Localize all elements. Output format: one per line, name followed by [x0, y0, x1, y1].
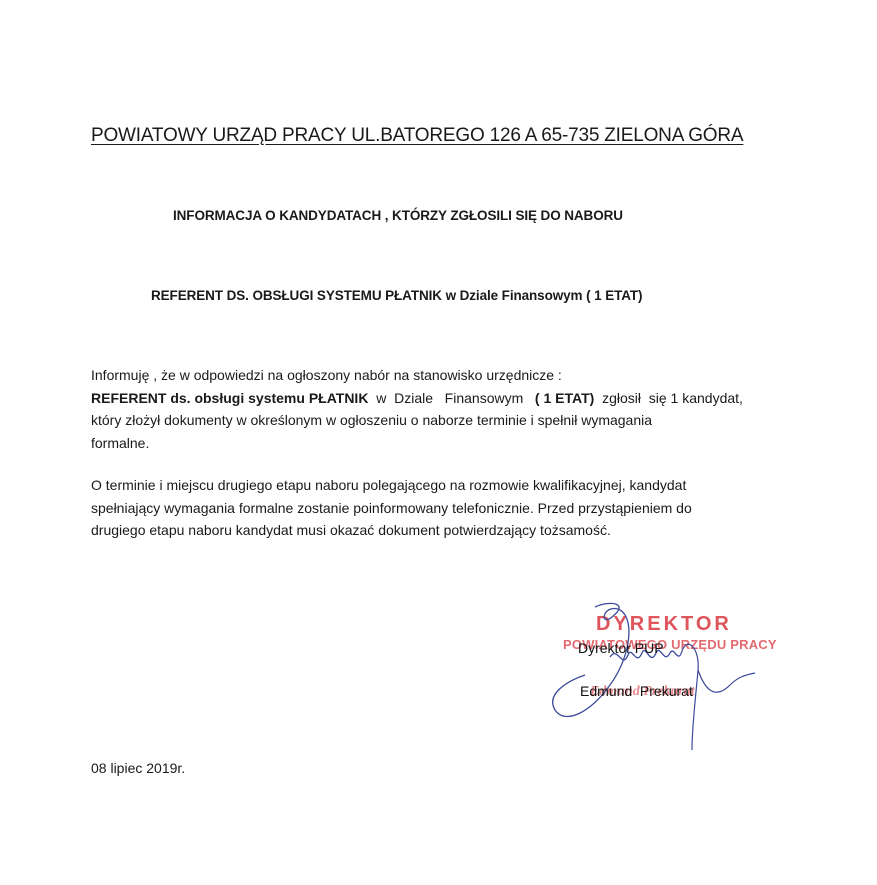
etat-bold: ( 1 ETAT): [531, 390, 594, 406]
document-title: INFORMACJA O KANDYDATACH , KTÓRZY ZGŁOSI…: [173, 208, 623, 223]
organization-header: POWIATOWY URZĄD PRACY UL.BATOREGO 126 A …: [91, 125, 743, 147]
signatory-title: Dyrektor PUP: [578, 640, 664, 656]
paragraph-next-stage: O terminie i miejscu drugiego etapu nabo…: [91, 474, 791, 542]
paragraph-line: drugiego etapu naboru kandydat musi okaz…: [91, 519, 791, 542]
paragraph-line: formalne.: [91, 432, 791, 455]
paragraph-line: O terminie i miejscu drugiego etapu nabo…: [91, 474, 791, 497]
paragraph-candidates: Informuję , że w odpowiedzi na ogłoszony…: [91, 364, 791, 454]
position-name-bold: REFERENT ds. obsługi systemu PŁATNIK: [91, 390, 368, 406]
signatory-name: Edmund Prekurat: [580, 683, 693, 699]
candidate-count-text: zgłosił się 1 kandydat,: [594, 390, 743, 406]
position-title: REFERENT DS. OBSŁUGI SYSTEMU PŁATNIK w D…: [151, 288, 642, 303]
department-text: w Dziale Finansowym: [368, 390, 531, 406]
paragraph-line: który złożył dokumenty w określonym w og…: [91, 409, 791, 432]
paragraph-line: spełniający wymagania formalne zostanie …: [91, 497, 791, 520]
paragraph-line: REFERENT ds. obsługi systemu PŁATNIK w D…: [91, 387, 791, 410]
paragraph-line: Informuję , że w odpowiedzi na ogłoszony…: [91, 364, 791, 387]
handwritten-signature-icon: [540, 595, 760, 755]
document-date: 08 lipiec 2019r.: [91, 760, 185, 776]
